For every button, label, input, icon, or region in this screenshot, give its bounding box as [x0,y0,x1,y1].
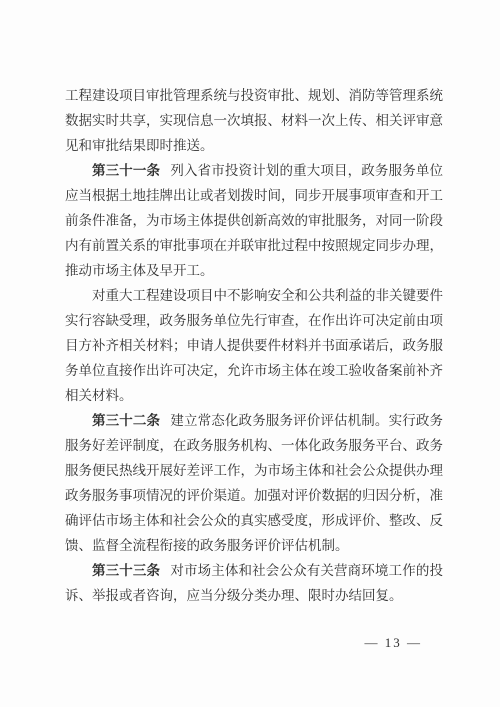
paragraph: 工程建设项目审批管理系统与投资审批、规划、消防等管理系统数据实时共享，实现信息一… [65,83,443,158]
document-page: 工程建设项目审批管理系统与投资审批、规划、消防等管理系统数据实时共享，实现信息一… [0,0,500,707]
article-number: 第三十二条 [92,413,160,428]
paragraph: 第三十二条建立常态化政务服务评价评估机制。实行政务服务好差评制度，在政务服务机构… [65,408,443,558]
paragraph: 第三十三条对市场主体和社会公众有关营商环境工作的投诉、举报或者咨询，应当分级分类… [65,558,443,608]
article-number: 第三十一条 [92,163,160,178]
paragraph: 第三十一条列入省市投资计划的重大项目，政务服务单位应当根据土地挂牌出让或者划拨时… [65,158,443,283]
document-body: 工程建设项目审批管理系统与投资审批、规划、消防等管理系统数据实时共享，实现信息一… [65,83,443,608]
paragraph: 对重大工程建设项目中不影响安全和公共利益的非关键要件实行容缺受理，政务服务单位先… [65,283,443,408]
page-number: — 13 — [365,635,423,651]
article-number: 第三十三条 [92,563,160,578]
